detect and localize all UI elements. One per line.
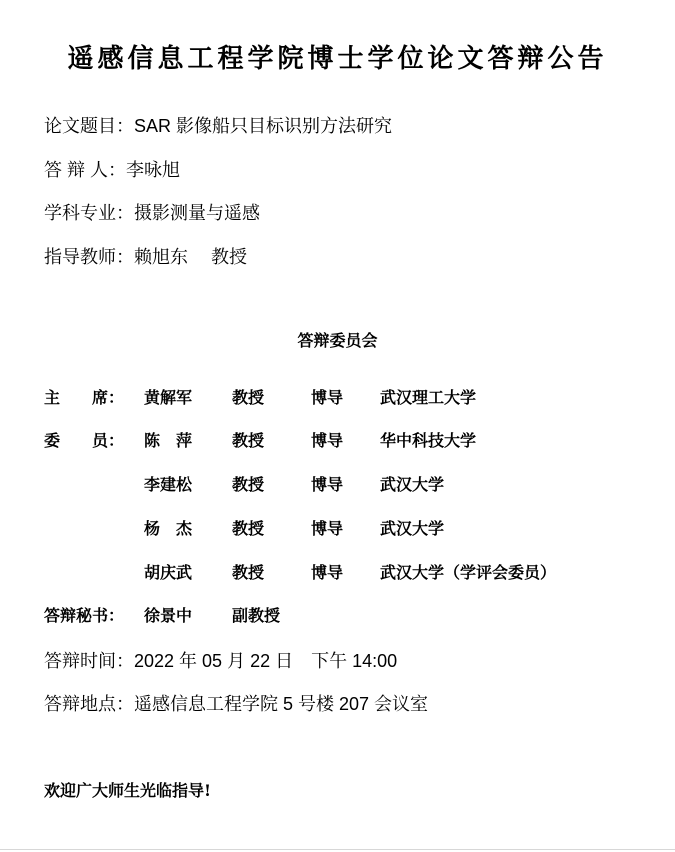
member-title: 教授 (232, 560, 264, 583)
member-name: 胡庆武 (144, 560, 192, 583)
member-title: 教授 (232, 472, 264, 495)
candidate-row: 答 辩 人：李咏旭 (44, 156, 180, 182)
thesis-value: SAR 影像船只目标识别方法研究 (134, 112, 392, 138)
member-institution: 华中科技大学 (380, 428, 476, 451)
supervisor-label: 指导教师： (44, 243, 134, 269)
member-advisor: 博导 (311, 516, 343, 539)
time-row: 答辩时间：2022 年 05 月 22 日 下午 14:00 (44, 647, 397, 673)
place-row: 答辩地点：遥感信息工程学院 5 号楼 207 会议室 (44, 690, 428, 716)
bottom-divider (0, 849, 675, 850)
member-role: 委 员： (44, 428, 124, 451)
thesis-row: 论文题目：SAR 影像船只目标识别方法研究 (44, 112, 392, 138)
member-name: 杨 杰 (144, 516, 192, 539)
major-label: 学科专业： (44, 199, 134, 225)
welcome-message: 欢迎广大师生光临指导! (44, 778, 211, 801)
secretary-title: 副教授 (232, 603, 280, 626)
secretary-role: 答辩秘书： (44, 603, 124, 626)
place-value: 遥感信息工程学院 5 号楼 207 会议室 (134, 690, 428, 716)
major-row: 学科专业：摄影测量与遥感 (44, 199, 260, 225)
candidate-value: 李咏旭 (126, 156, 180, 182)
member-institution: 武汉大学（学评会委员） (380, 560, 556, 583)
supervisor-value: 赖旭东 教授 (134, 243, 247, 269)
member-name: 李建松 (144, 472, 192, 495)
member-institution: 武汉大学 (380, 472, 444, 495)
member-advisor: 博导 (311, 428, 343, 451)
candidate-label: 答 辩 人： (44, 156, 126, 182)
time-value: 2022 年 05 月 22 日 下午 14:00 (134, 647, 397, 673)
member-title: 教授 (232, 428, 264, 451)
thesis-label: 论文题目： (44, 112, 134, 138)
time-label: 答辩时间： (44, 647, 134, 673)
member-role: 主 席： (44, 385, 124, 408)
page-title: 遥感信息工程学院博士学位论文答辩公告 (0, 38, 675, 75)
place-label: 答辩地点： (44, 690, 134, 716)
member-title: 教授 (232, 385, 264, 408)
member-institution: 武汉理工大学 (380, 385, 476, 408)
major-value: 摄影测量与遥感 (134, 199, 260, 225)
supervisor-row: 指导教师：赖旭东 教授 (44, 243, 247, 269)
member-institution: 武汉大学 (380, 516, 444, 539)
committee-heading: 答辩委员会 (0, 328, 675, 351)
member-name: 陈 萍 (144, 428, 192, 451)
secretary-name: 徐景中 (144, 603, 192, 626)
member-advisor: 博导 (311, 472, 343, 495)
member-name: 黄解军 (144, 385, 192, 408)
member-advisor: 博导 (311, 560, 343, 583)
member-title: 教授 (232, 516, 264, 539)
member-advisor: 博导 (311, 385, 343, 408)
